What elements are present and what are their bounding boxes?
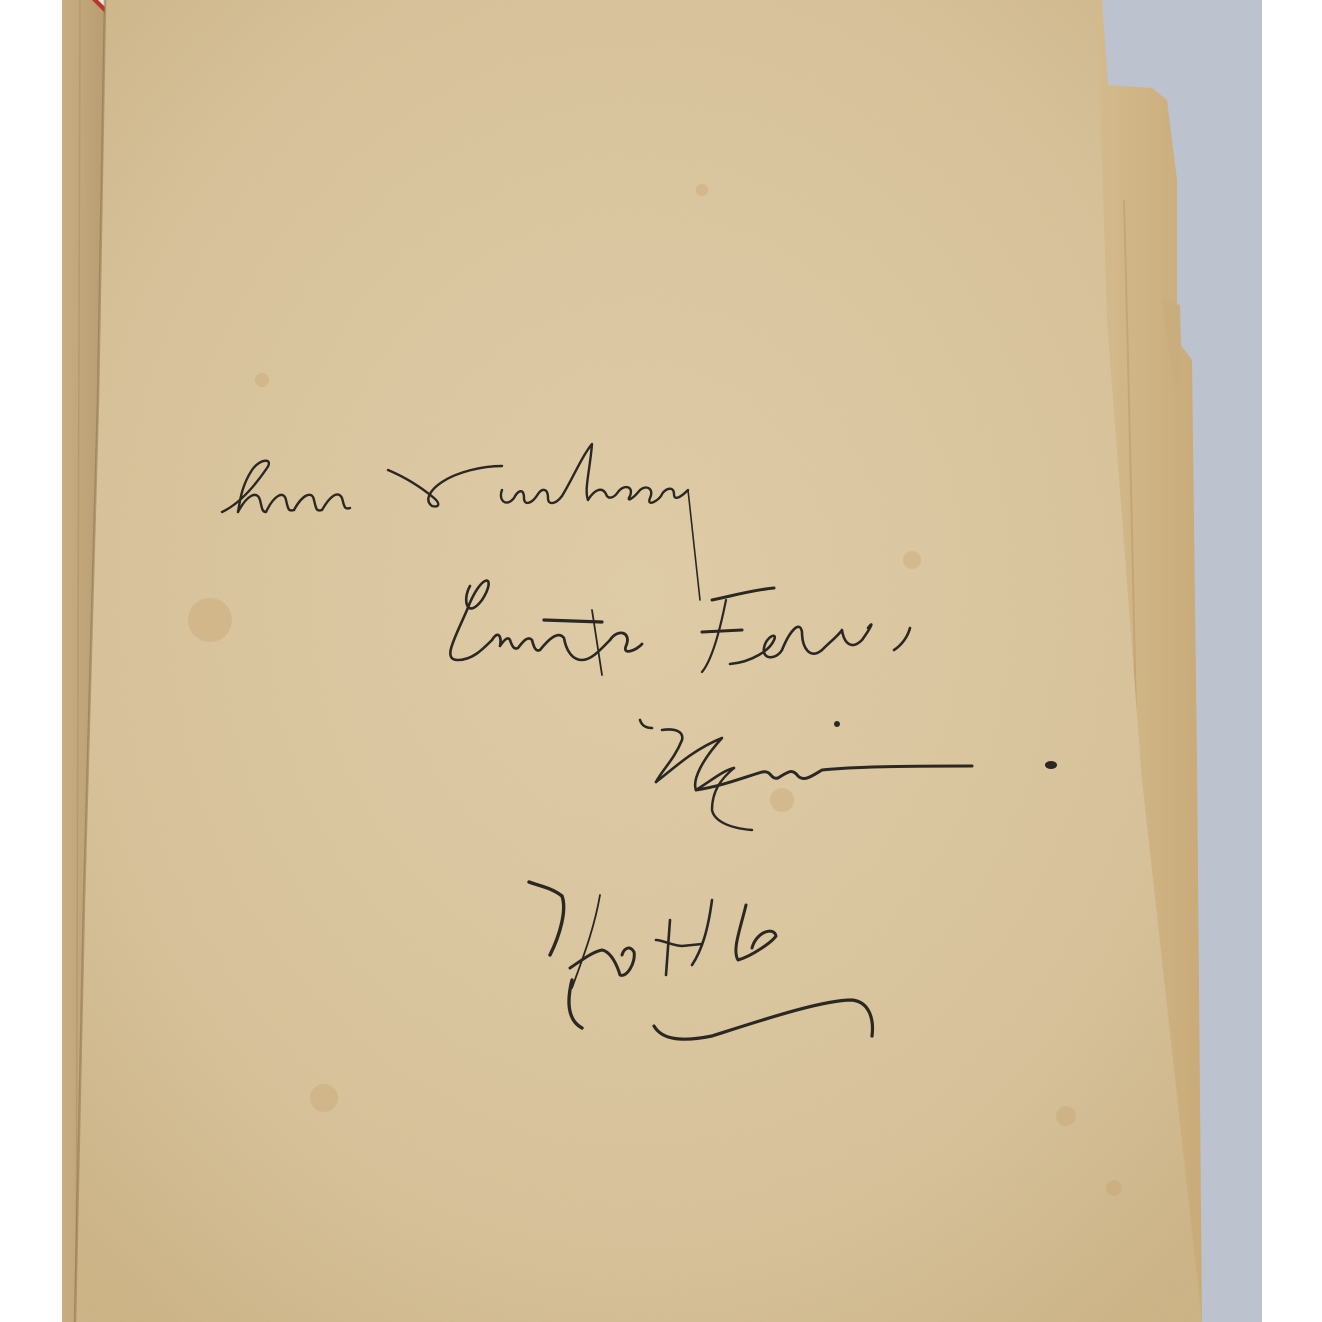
- inscription-line-city: [450, 581, 910, 675]
- handwritten-inscription: [62, 0, 1262, 1322]
- inscription-line-state: [640, 720, 1057, 830]
- book-photo: Anna Granberg Little Falls, Minn. No 46: [62, 0, 1262, 1322]
- inscription-line-number: [529, 882, 872, 1039]
- inscription-line-name: [222, 444, 700, 600]
